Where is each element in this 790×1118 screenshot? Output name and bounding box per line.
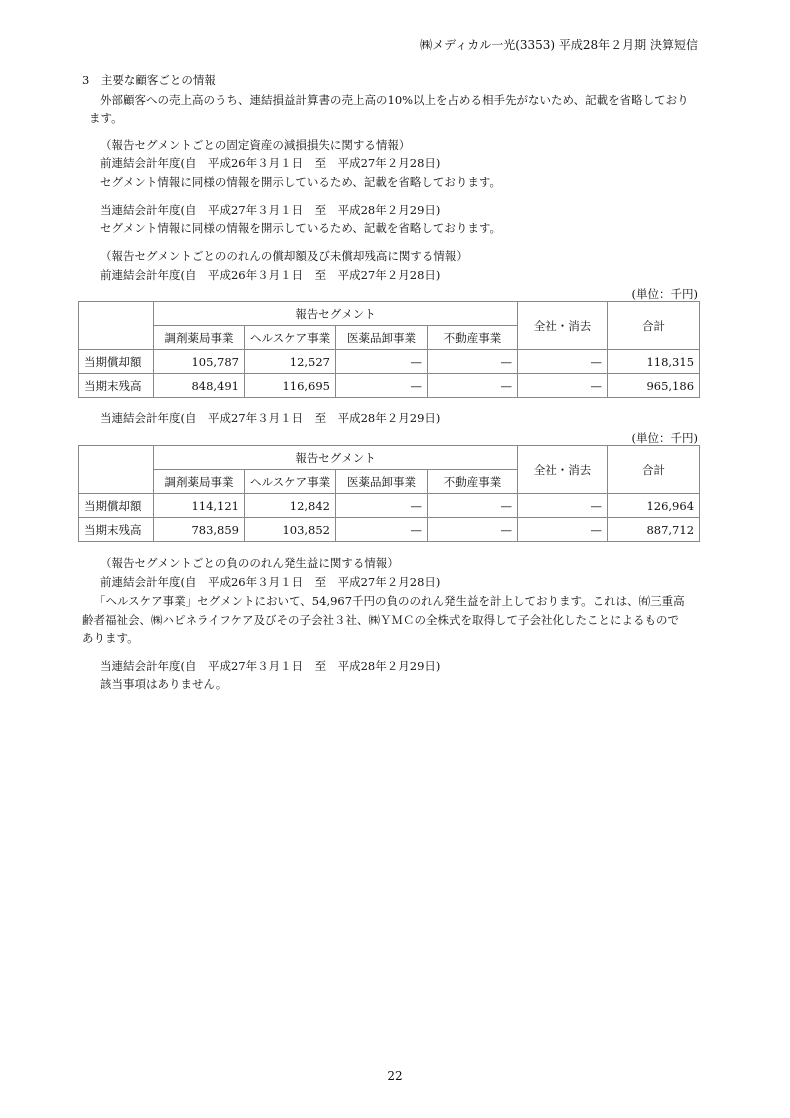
cell-seg1: 114,121 [154, 494, 245, 518]
negative-goodwill-curr-period: 当連結会計年度(自 平成27年３月１日 至 平成28年２月29日) [100, 658, 440, 674]
cell-seg2: 12,842 [245, 494, 336, 518]
cell-seg3: — [336, 518, 428, 542]
col-pharma-wholesale: 医薬品卸事業 [336, 326, 428, 350]
col-group-reporting-segment: 報告セグメント [154, 302, 518, 326]
col-total: 合計 [608, 446, 700, 494]
unit-label: (単位：千円) [632, 430, 698, 446]
col-dispensing-pharmacy: 調剤薬局事業 [154, 470, 245, 494]
col-real-estate: 不動産事業 [428, 326, 518, 350]
impairment-curr-period: 当連結会計年度(自 平成27年３月１日 至 平成28年２月29日) [100, 202, 440, 218]
cell-seg3: — [336, 494, 428, 518]
table-row: 当期末残高 848,491 116,695 — — — 965,186 [79, 374, 700, 398]
corner-cell [79, 446, 154, 494]
cell-total: 887,712 [608, 518, 700, 542]
cell-corp: — [518, 494, 608, 518]
cell-seg4: — [428, 374, 518, 398]
impairment-heading: （報告セグメントごとの固定資産の減損損失に関する情報） [100, 137, 410, 153]
impairment-curr-text: セグメント情報に同様の情報を開示しているため、記載を省略しております。 [100, 220, 501, 236]
row-label: 当期償却額 [79, 350, 154, 374]
cell-corp: — [518, 374, 608, 398]
col-total: 合計 [608, 302, 700, 350]
impairment-prev-text: セグメント情報に同様の情報を開示しているため、記載を省略しております。 [100, 174, 501, 190]
page-number: 22 [0, 1069, 790, 1083]
goodwill-curr-table: 報告セグメント 全社・消去 合計 調剤薬局事業 ヘルスケア事業 医薬品卸事業 不… [78, 445, 700, 542]
cell-seg1: 105,787 [154, 350, 245, 374]
cell-total: 126,964 [608, 494, 700, 518]
negative-goodwill-curr-text: 該当事項はありません。 [100, 676, 227, 692]
table-row: 当期末残高 783,859 103,852 — — — 887,712 [79, 518, 700, 542]
cell-seg1: 783,859 [154, 518, 245, 542]
table-row: 当期償却額 105,787 12,527 — — — 118,315 [79, 350, 700, 374]
col-healthcare: ヘルスケア事業 [245, 470, 336, 494]
corner-cell [79, 302, 154, 350]
cell-seg3: — [336, 374, 428, 398]
cell-total: 965,186 [608, 374, 700, 398]
negative-goodwill-prev-text-1: 「ヘルスケア事業」セグメントにおいて、54,967千円の負ののれん発生益を計上し… [94, 593, 685, 609]
row-label: 当期末残高 [79, 518, 154, 542]
document-header: ㈱メディカル一光(3353) 平成28年２月期 決算短信 [420, 36, 698, 53]
col-pharma-wholesale: 医薬品卸事業 [336, 470, 428, 494]
goodwill-prev-period: 前連結会計年度(自 平成26年３月１日 至 平成27年２月28日) [100, 267, 440, 283]
cell-seg2: 12,527 [245, 350, 336, 374]
unit-label: (単位：千円) [632, 286, 698, 302]
cell-total: 118,315 [608, 350, 700, 374]
cell-seg1: 848,491 [154, 374, 245, 398]
section-body-cont: ます。 [89, 110, 123, 126]
row-label: 当期末残高 [79, 374, 154, 398]
col-group-reporting-segment: 報告セグメント [154, 446, 518, 470]
section-heading: 3 主要な顧客ごとの情報 [82, 72, 216, 88]
goodwill-heading: （報告セグメントごとののれんの償却額及び未償却残高に関する情報） [100, 248, 468, 264]
section-body: 外部顧客への売上高のうち、連結損益計算書の売上高の10%以上を占める相手先がない… [100, 92, 689, 108]
negative-goodwill-prev-text-2: 齢者福祉会、㈱ハピネライフケア及びその子会社３社、㈱ＹＭＣの全株式を取得して子会… [82, 612, 679, 628]
cell-seg4: — [428, 350, 518, 374]
col-corporate-elimination: 全社・消去 [518, 302, 608, 350]
col-healthcare: ヘルスケア事業 [245, 326, 336, 350]
col-dispensing-pharmacy: 調剤薬局事業 [154, 326, 245, 350]
cell-seg4: — [428, 494, 518, 518]
col-real-estate: 不動産事業 [428, 470, 518, 494]
impairment-prev-period: 前連結会計年度(自 平成26年３月１日 至 平成27年２月28日) [100, 155, 440, 171]
negative-goodwill-prev-period: 前連結会計年度(自 平成26年３月１日 至 平成27年２月28日) [100, 574, 440, 590]
negative-goodwill-heading: （報告セグメントごとの負ののれん発生益に関する情報） [100, 555, 399, 571]
cell-seg2: 103,852 [245, 518, 336, 542]
col-corporate-elimination: 全社・消去 [518, 446, 608, 494]
cell-seg4: — [428, 518, 518, 542]
goodwill-curr-period: 当連結会計年度(自 平成27年３月１日 至 平成28年２月29日) [100, 410, 440, 426]
goodwill-prev-table: 報告セグメント 全社・消去 合計 調剤薬局事業 ヘルスケア事業 医薬品卸事業 不… [78, 301, 700, 398]
negative-goodwill-prev-text-3: あります。 [82, 630, 139, 646]
cell-seg3: — [336, 350, 428, 374]
table-row: 当期償却額 114,121 12,842 — — — 126,964 [79, 494, 700, 518]
cell-seg2: 116,695 [245, 374, 336, 398]
row-label: 当期償却額 [79, 494, 154, 518]
cell-corp: — [518, 518, 608, 542]
cell-corp: — [518, 350, 608, 374]
